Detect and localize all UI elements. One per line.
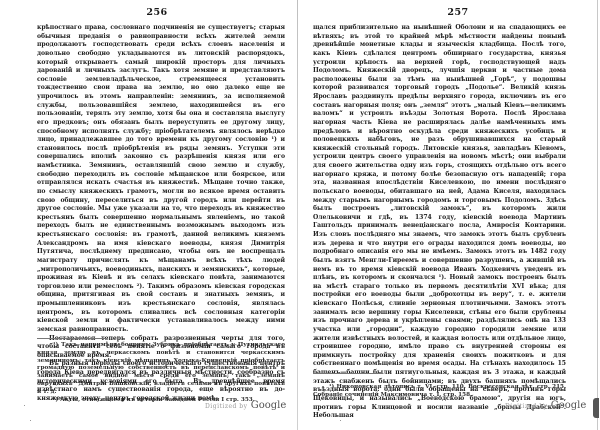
scan-speck: [30, 420, 31, 421]
footnote-separator: [313, 373, 383, 374]
watermark-text: Google: [551, 400, 587, 411]
footnote-separator: [37, 338, 107, 339]
scan-speck: [340, 420, 341, 421]
left-page: 256 крѣпостнаго права, сословнаго подчин…: [0, 0, 298, 430]
scan-speck: [24, 405, 25, 406]
page-number: 256: [8, 7, 306, 18]
scan-edge-mark: [593, 398, 599, 418]
paragraph: крѣпостнаго права, сословнаго подчиненія…: [37, 24, 285, 335]
watermark-text: Google: [251, 400, 287, 411]
footnotes: ¹) Такъ напримѣръ бояринъ Зубрикъ пріобр…: [37, 342, 285, 404]
paragraph: щался приблизительно на нынѣшней Оболони…: [313, 24, 566, 421]
footnote: ¹) Такъ напримѣръ бояринъ Зубрикъ пріобр…: [37, 342, 285, 397]
page-number: 257: [308, 7, 600, 18]
google-watermark: Digitized by Google: [505, 400, 586, 411]
page-gutter: [297, 0, 298, 430]
page-body: щался приблизительно на нынѣшней Оболони…: [313, 24, 566, 421]
watermark-prefix: Digitized by: [205, 403, 248, 410]
footnotes: ¹) Никоновская лѣтопись т. VI, стр. 110.…: [313, 384, 566, 400]
watermark-prefix: Digitized by: [505, 403, 548, 410]
scan-speck: [408, 372, 409, 373]
right-page: 257 щался приблизительно на нынѣшней Обо…: [300, 0, 600, 430]
google-watermark: Digitized by Google: [205, 400, 286, 411]
page-edge: [597, 0, 598, 430]
footnote: ¹) Никоновская лѣтопись т. VI, стр. 110.…: [313, 384, 566, 400]
